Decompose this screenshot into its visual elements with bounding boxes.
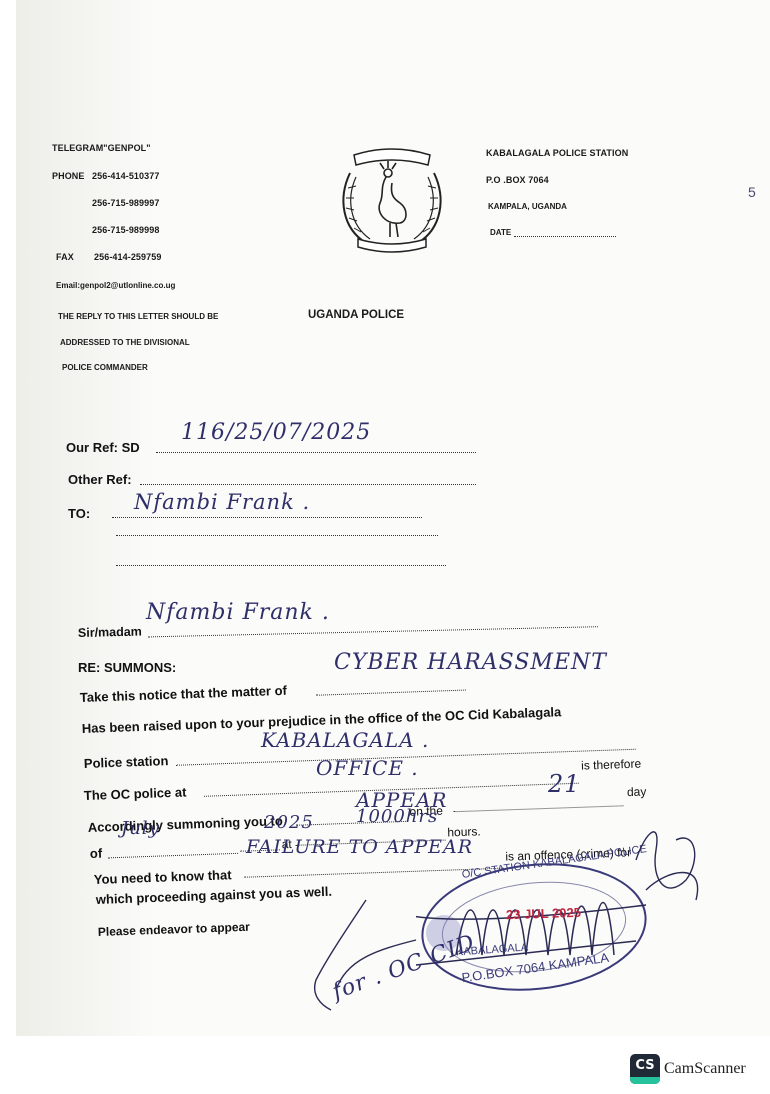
matter-line: [316, 690, 466, 696]
camscanner-badge-text: CS: [630, 1058, 660, 1073]
police-station-value: KABALAGALA .: [261, 728, 429, 752]
reply-note-2: ADDRESSED TO THE DIVISIONAL: [60, 338, 190, 347]
phone-1: 256-414-510377: [92, 171, 159, 181]
phone-label: PHONE: [52, 171, 85, 181]
re-summons-label: RE: SUMMONS:: [78, 660, 176, 675]
camscanner-logo-icon: CS: [630, 1054, 660, 1084]
fax-number: 256-414-259759: [94, 252, 161, 262]
po-box: P.O .BOX 7064: [486, 175, 549, 185]
salutation-value: Nfambi Frank .: [146, 600, 330, 625]
uganda-police-crest-icon: [336, 143, 448, 255]
to-label: TO:: [68, 506, 90, 521]
date-field: [514, 236, 616, 237]
salutation-line: [148, 626, 598, 637]
signature-scribble: [306, 820, 726, 1030]
to-value: Nfambi Frank .: [134, 490, 310, 514]
phone-2: 256-715-989997: [92, 198, 159, 208]
phone-3: 256-715-989998: [92, 225, 159, 235]
our-ref-label: Our Ref: SD: [66, 440, 140, 455]
org-title: UGANDA POLICE: [308, 309, 404, 321]
matter-value: CYBER HARASSMENT: [334, 650, 607, 675]
to-line-1: [112, 517, 422, 518]
date-label: DATE: [490, 228, 511, 237]
month-value: July: [121, 818, 160, 839]
is-therefore-text: is therefore: [581, 757, 641, 773]
telegram-line: TELEGRAM"GENPOL": [52, 143, 151, 153]
email-line: Email:genpol2@utlonline.co.ug: [56, 281, 175, 290]
our-ref-value: 116/25/07/2025: [181, 420, 371, 445]
fax-label: FAX: [56, 252, 74, 262]
reply-note-3: POLICE COMMANDER: [62, 363, 148, 372]
month-line: [108, 853, 238, 859]
camscanner-name: CamScanner: [664, 1060, 746, 1078]
scanned-letter-page: TELEGRAM"GENPOL" PHONE 256-414-510377 25…: [16, 0, 770, 1036]
camscanner-badge-accent: [630, 1077, 660, 1084]
day-value: 21: [548, 770, 581, 798]
of-label: of: [90, 846, 103, 861]
city: KAMPALA, UGANDA: [488, 202, 567, 211]
reply-note-1: THE REPLY TO THIS LETTER SHOULD BE: [58, 312, 218, 321]
margin-mark: 5: [748, 184, 756, 200]
our-ref-line: [156, 452, 476, 453]
oc-police-value: OFFICE .: [316, 756, 419, 780]
other-ref-label: Other Ref:: [68, 472, 132, 487]
matter-label: Take this notice that the matter of: [80, 683, 287, 705]
oc-police-label: The OC police at: [84, 784, 187, 803]
salutation-label: Sir/madam: [78, 625, 142, 640]
need-to-know-label: You need to know that: [94, 867, 232, 887]
police-station-label: Police station: [84, 753, 169, 771]
other-ref-line: [140, 484, 476, 485]
to-line-3: [116, 565, 446, 566]
closing-text: Please endeavor to appear: [98, 920, 250, 939]
day-label: day: [627, 784, 647, 799]
day-line: [454, 805, 624, 812]
station-name: KABALAGALA POLICE STATION: [486, 148, 628, 158]
summoning-label: Accordingly summoning you to: [88, 813, 283, 835]
to-line-2: [116, 535, 438, 536]
